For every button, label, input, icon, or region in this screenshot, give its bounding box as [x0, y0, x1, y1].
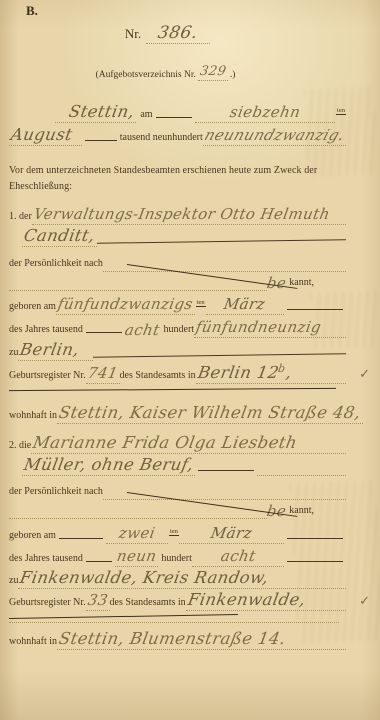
p1-occupation-names: Verwaltungs-Inspektor Otto Helmuth [32, 206, 331, 223]
dash-line [156, 117, 192, 118]
year-line: neunundzwanzig. [203, 127, 346, 146]
dateline-city-row: Stettin, am siebzehn ten [55, 103, 346, 123]
p2-year-handwritten-1: neun [115, 548, 157, 565]
year-printed: tausend neunhundert [120, 132, 203, 144]
p1-identity-label: der Persönlichkeit nach [9, 258, 103, 270]
p2-surname-row: Müller, ohne Beruf, [9, 456, 346, 476]
aufgebot-suffix: .) [230, 70, 236, 81]
p2-year-row: des Jahres tausend neun hundert acht [9, 547, 346, 567]
p2-identity-label: der Persönlichkeit nach [9, 486, 103, 498]
p1-surname: Canditt, [22, 227, 96, 245]
checkmark-icon: ✓ [359, 366, 370, 382]
p2-residence: Stettin, Blumenstraße 14. [57, 630, 287, 648]
p2-index-label: 2. die [9, 440, 31, 452]
p2-year-label: des Jahres tausend [9, 553, 83, 565]
year-handwritten: neunundzwanzig. [202, 127, 347, 144]
p2-register-label: Geburtsregister Nr. [9, 597, 86, 609]
p1-birthplace-row: zu Berlin, [9, 341, 346, 361]
p2-year-line-2: acht [192, 548, 284, 567]
p1-residence: Stettin, Kaiser Wilhelm Straße 48, [57, 404, 362, 422]
p2-birthplace-line: Finkenwalde, Kreis Randow, [18, 569, 346, 589]
p1-name-line: Verwaltungs-Inspektor Otto Helmuth [32, 206, 346, 225]
strike-line [97, 239, 346, 243]
nr-value-line: 386. [146, 24, 210, 44]
p1-register-row: Geburtsregister Nr. 741 des Standesamts … [9, 363, 346, 384]
checkmark-icon: ✓ [359, 593, 370, 609]
intro-paragraph: Vor dem unterzeichneten Standesbeamten e… [9, 163, 346, 195]
p1-surname-row: Canditt, [9, 227, 346, 247]
dash-line [198, 470, 254, 471]
nr-value: 386. [157, 24, 200, 43]
p2-name-line: Marianne Frida Olga Liesbeth [31, 434, 346, 454]
day-suffix: ten [336, 107, 346, 115]
p1-year-label: des Jahres tausend [9, 324, 83, 336]
p2-identity-handwritten: be [266, 503, 288, 520]
p2-zu-label: zu [9, 575, 18, 587]
p1-born-month-line: März [206, 296, 284, 315]
document-sheet: B. Nr. 386. (Aufgebotsverzeichnis Nr. 32… [0, 0, 380, 720]
p1-zu-label: zu [9, 347, 18, 359]
p1-index-label: 1. der [9, 211, 32, 223]
p2-born-label: geboren am [9, 530, 56, 542]
p2-identity-row: der Persönlichkeit nach [9, 483, 346, 500]
dateline-day: siebzehn [228, 104, 301, 121]
p2-born-row: geboren am zwei ten März [9, 524, 346, 544]
p1-year-handwritten-1: acht [123, 322, 161, 339]
am-label: am [140, 109, 152, 121]
dash-line [287, 538, 343, 539]
p1-year-handwritten-2: fünfundneunzig [195, 319, 323, 336]
p1-surname-line: Canditt, [22, 227, 97, 247]
section-rule [9, 388, 336, 391]
p1-identity-handwritten: be [266, 275, 288, 292]
dotted-rule [9, 622, 339, 623]
p1-born-label: geboren am [9, 301, 56, 313]
p2-register-number-line: 33 [86, 592, 110, 611]
day-line: siebzehn [195, 104, 336, 123]
dotted-line [257, 462, 346, 476]
p1-born-day-suffix: ten [196, 299, 206, 307]
p1-year-printed-mid: hundert [164, 324, 195, 336]
p2-given-names: Marianne Frida Olga Liesbeth [32, 434, 299, 452]
p2-register-number: 33 [86, 592, 109, 609]
p1-birthplace-line: Berlin, [18, 341, 93, 361]
p1-born-month: März [223, 296, 267, 313]
nr-label: Nr. [125, 26, 141, 42]
corner-letter: B. [26, 3, 38, 19]
dateline-year-row: August tausend neunhundert neunundzwanzi… [9, 126, 346, 146]
city-line: Stettin, [55, 103, 136, 123]
p2-residence-row: wohnhaft in Stettin, Blumenstraße 14. [9, 630, 346, 650]
p2-surname-status: Müller, ohne Beruf, [22, 456, 195, 474]
aufgebot-row: (Aufgebotsverzeichnis Nr. 329 .) [0, 62, 334, 81]
p1-register-number-line: 741 [86, 365, 120, 384]
intro-line-2: Eheschließung: [9, 179, 346, 195]
p1-year-row: des Jahres tausend acht hundert fünfundn… [9, 318, 346, 338]
p1-register-mid-label: des Standesamts in [120, 370, 196, 382]
p2-register-place: Finkenwalde, [186, 591, 307, 609]
p2-surname-line: Müller, ohne Beruf, [22, 456, 195, 476]
aufgebot-number-line: 329 [198, 62, 228, 81]
p1-born-day: fünfundzwanzigs [56, 296, 194, 313]
p1-register-place-line: Berlin 12b, [196, 363, 346, 384]
p2-birthplace: Finkenwalde, Kreis Randow, [19, 569, 271, 587]
p1-register-place: Berlin 12 [196, 364, 280, 382]
p2-residence-line: Stettin, Blumenstraße 14. [57, 630, 346, 650]
p2-residence-label: wohnhaft in [9, 636, 57, 648]
dash-line [86, 332, 122, 333]
dash-line [287, 561, 343, 562]
p2-born-day-line: zwei [106, 525, 168, 544]
strike-line [93, 353, 346, 358]
p1-register-label: Geburtsregister Nr. [9, 370, 86, 382]
dash-line [287, 309, 343, 310]
p1-register-number: 741 [86, 365, 119, 382]
p1-birthplace: Berlin, [19, 341, 81, 359]
p2-born-month: März [209, 525, 253, 542]
p2-born-month-line: März [179, 525, 284, 544]
p1-identity-row: der Persönlichkeit nach [9, 255, 346, 272]
p2-year-printed-mid: hundert [161, 553, 192, 565]
p2-identity-block: der Persönlichkeit nach be kannt, [9, 483, 346, 519]
p1-born-row: geboren am fünfundzwanzigs ten März [9, 295, 346, 315]
dateline-month: August [9, 126, 73, 144]
month-line: August [9, 126, 82, 146]
p1-year-line: fünfundneunzig [194, 319, 346, 338]
dash-line [86, 561, 112, 562]
p2-year-handwritten-2: acht [219, 548, 257, 565]
aufgebot-number: 329 [199, 65, 228, 79]
section-rule [9, 614, 238, 619]
p2-birthplace-row: zu Finkenwalde, Kreis Randow, [9, 569, 346, 589]
intro-line-1: Vor dem unterzeichneten Standesbeamten e… [9, 163, 346, 179]
p2-register-mid-label: des Standesamts in [110, 597, 186, 609]
p1-name-row: 1. der Verwaltungs-Inspektor Otto Helmut… [9, 205, 346, 225]
p1-residence-label: wohnhaft in [9, 410, 57, 422]
dash-line [59, 538, 103, 539]
aufgebot-prefix: (Aufgebotsverzeichnis Nr. [96, 70, 196, 81]
p2-born-day: zwei [117, 525, 156, 542]
p1-residence-row: wohnhaft in Stettin, Kaiser Wilhelm Stra… [9, 404, 346, 424]
dateline-city: Stettin, [67, 103, 136, 121]
p2-year-line-1: neun [115, 548, 158, 567]
p1-identity-block: der Persönlichkeit nach be kannt, [9, 255, 346, 291]
p2-register-place-line: Finkenwalde, [186, 591, 346, 611]
p2-register-row: Geburtsregister Nr. 33 des Standesamts i… [9, 591, 346, 611]
p2-name-row: 2. die Marianne Frida Olga Liesbeth [9, 434, 346, 454]
dash-line [85, 140, 117, 141]
p1-born-day-line: fünfundzwanzigs [56, 296, 195, 315]
p2-born-day-suffix: ten [169, 528, 179, 536]
document-number-row: Nr. 386. [0, 24, 336, 44]
p1-residence-line: Stettin, Kaiser Wilhelm Straße 48, [57, 404, 362, 424]
